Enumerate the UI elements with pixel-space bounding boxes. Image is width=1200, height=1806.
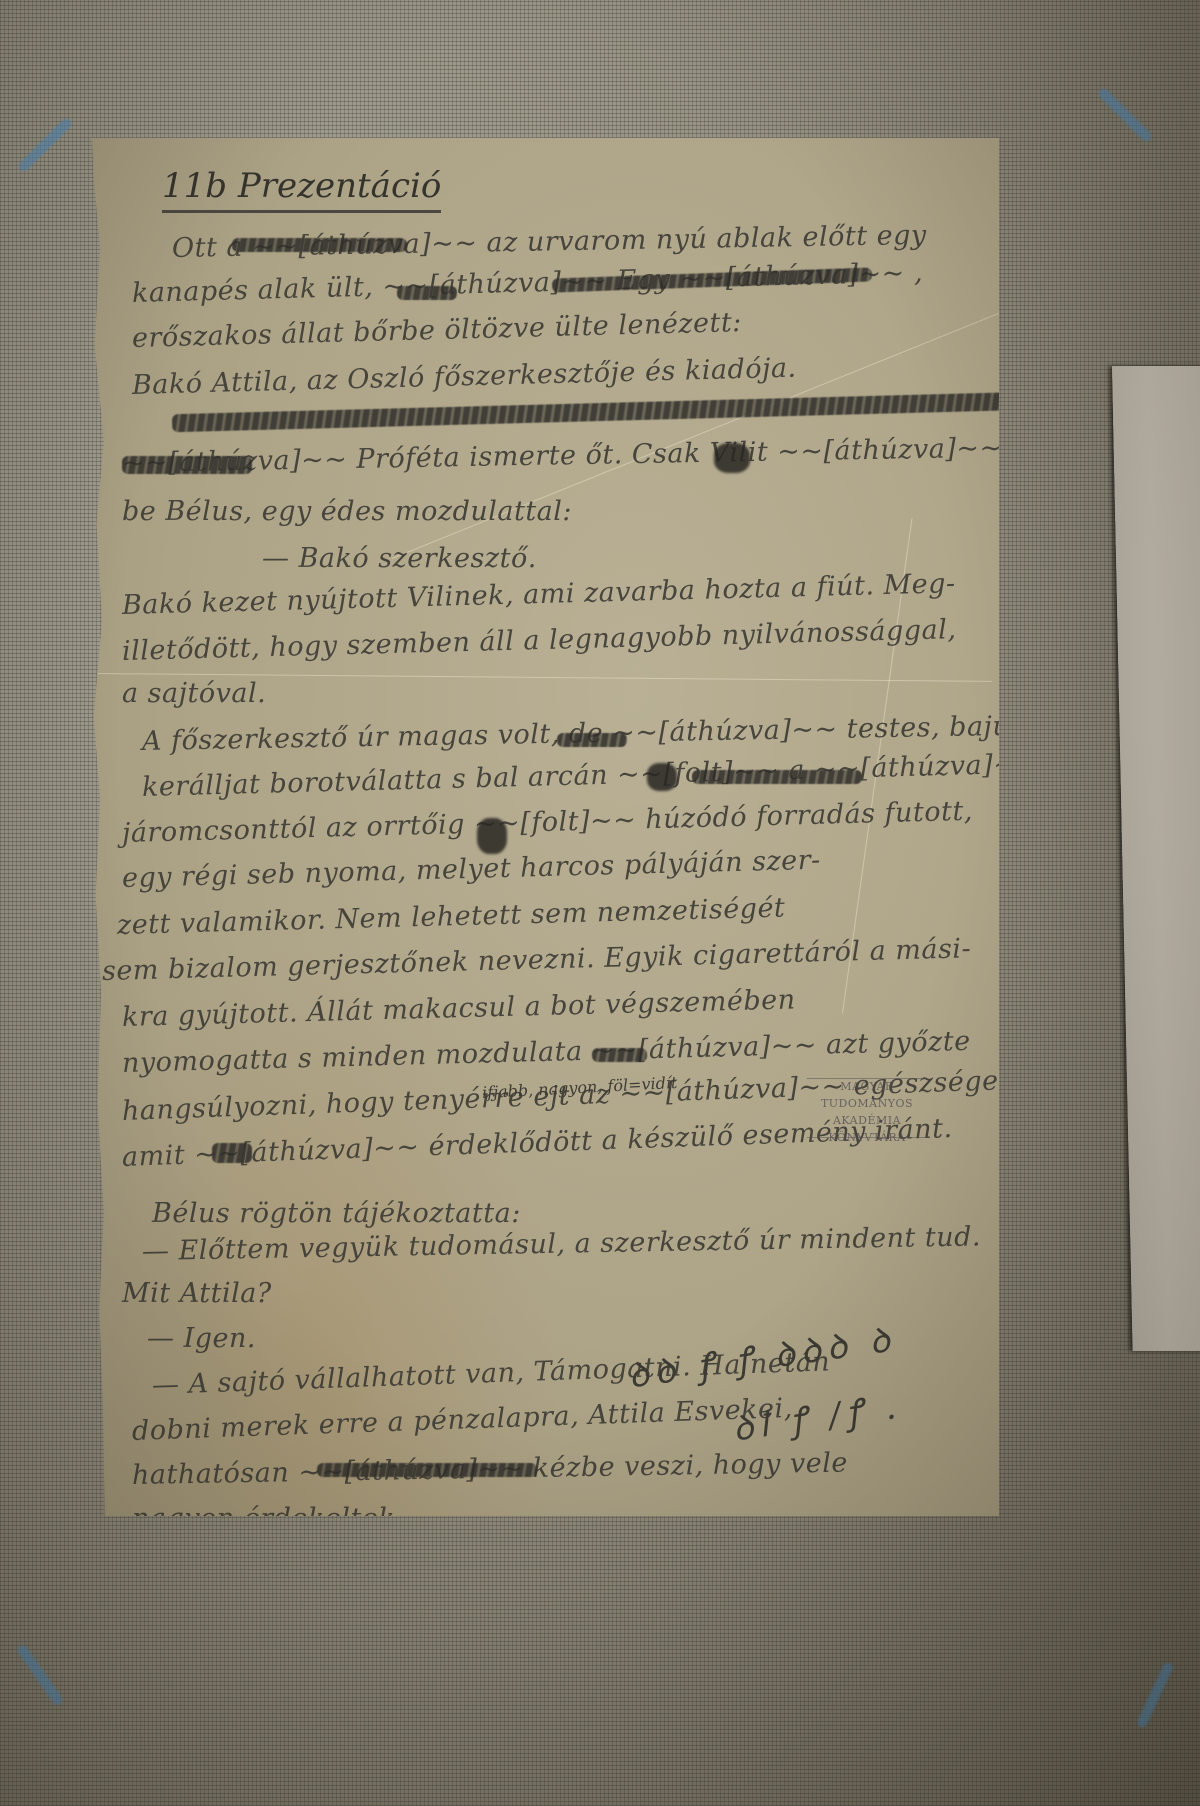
manuscript-line: ~~[áthúzva]~~ Próféta ismerte őt. Csak V… — [122, 431, 1123, 479]
manuscript-line: Bakó Attila, az Oszló főszerkesztője és … — [132, 353, 797, 401]
manuscript-line: kerálljat borotválatta s bal arcán ~~[fo… — [142, 749, 1040, 803]
manuscript-line: be Bélus, egy édes mozdulattal: — [122, 496, 572, 527]
manuscript-line: sem bizalom gerjesztőnek nevezni. Egyik … — [102, 933, 972, 987]
manuscript-line: illetődött, hogy szemben áll a legnagyob… — [122, 614, 957, 667]
blue-pencil-mark — [16, 1643, 64, 1706]
strikethrough — [692, 770, 862, 784]
manuscript-line: egy régi seb nyoma, melyet harcos pályáj… — [122, 845, 822, 894]
manuscript-line: dobni merek erre a pénzalapra, Attila Es… — [131, 1393, 793, 1447]
manuscript-line: erőszakos állat bőrbe öltözve ülte lenéz… — [132, 307, 743, 354]
page-title: 11b Prezentáció — [162, 166, 441, 213]
blue-pencil-mark — [1097, 87, 1154, 144]
ink-blot — [477, 818, 507, 854]
manuscript-line: Bélus rögtön tájékoztatta: — [152, 1198, 521, 1229]
manuscript-line: Mit Attila? — [122, 1278, 272, 1309]
ink-blot — [714, 443, 750, 473]
manuscript-line: kra gyújtott. Állát makacsul a bot végsz… — [122, 984, 796, 1033]
strikethrough — [557, 733, 627, 747]
adjacent-blank-sheet — [1112, 366, 1200, 1351]
manuscript-line: járomcsonttól az orrtőig ~~[folt]~~ húzó… — [122, 796, 974, 849]
manuscript-line: nagyon érdekeltek. — [132, 1503, 404, 1534]
manuscript-line: — Bakó szerkesztő. — [262, 543, 537, 574]
strikethrough — [592, 1048, 647, 1062]
strikethrough — [397, 286, 457, 300]
manuscript-page: 11b Prezentáció Ott a ~~[áthúzva]~~ az u… — [92, 138, 999, 1516]
strikethrough — [317, 1463, 537, 1477]
manuscript-line: zett valamikor. Nem lehetett sem nemzeti… — [117, 893, 786, 941]
strikethrough — [212, 1143, 252, 1163]
manuscript-line: — Igen. — [147, 1323, 256, 1354]
blue-pencil-mark — [17, 117, 74, 174]
strikethrough — [122, 456, 252, 474]
strikethrough-line — [172, 392, 1032, 433]
strikethrough — [232, 238, 407, 252]
manuscript-line: a sajtóval. — [122, 678, 266, 709]
blue-pencil-mark — [1136, 1661, 1175, 1729]
shorthand-note: ꝺꝺ ꝭ ꝭ ꝺꝺꝺ ꝺ — [625, 1314, 898, 1397]
library-stamp: MAGYAR TUDOMÁNYOS AKADÉMIA KÖNYVTÁRA — [792, 1078, 942, 1138]
manuscript-line: Bakó kezet nyújtott Vilinek, ami zavarba… — [122, 568, 956, 621]
stamp-frame — [792, 1078, 942, 1138]
ink-blot — [647, 763, 677, 791]
shorthand-note: ꝺꝉ ꝭ /ꝭ . — [730, 1381, 905, 1450]
